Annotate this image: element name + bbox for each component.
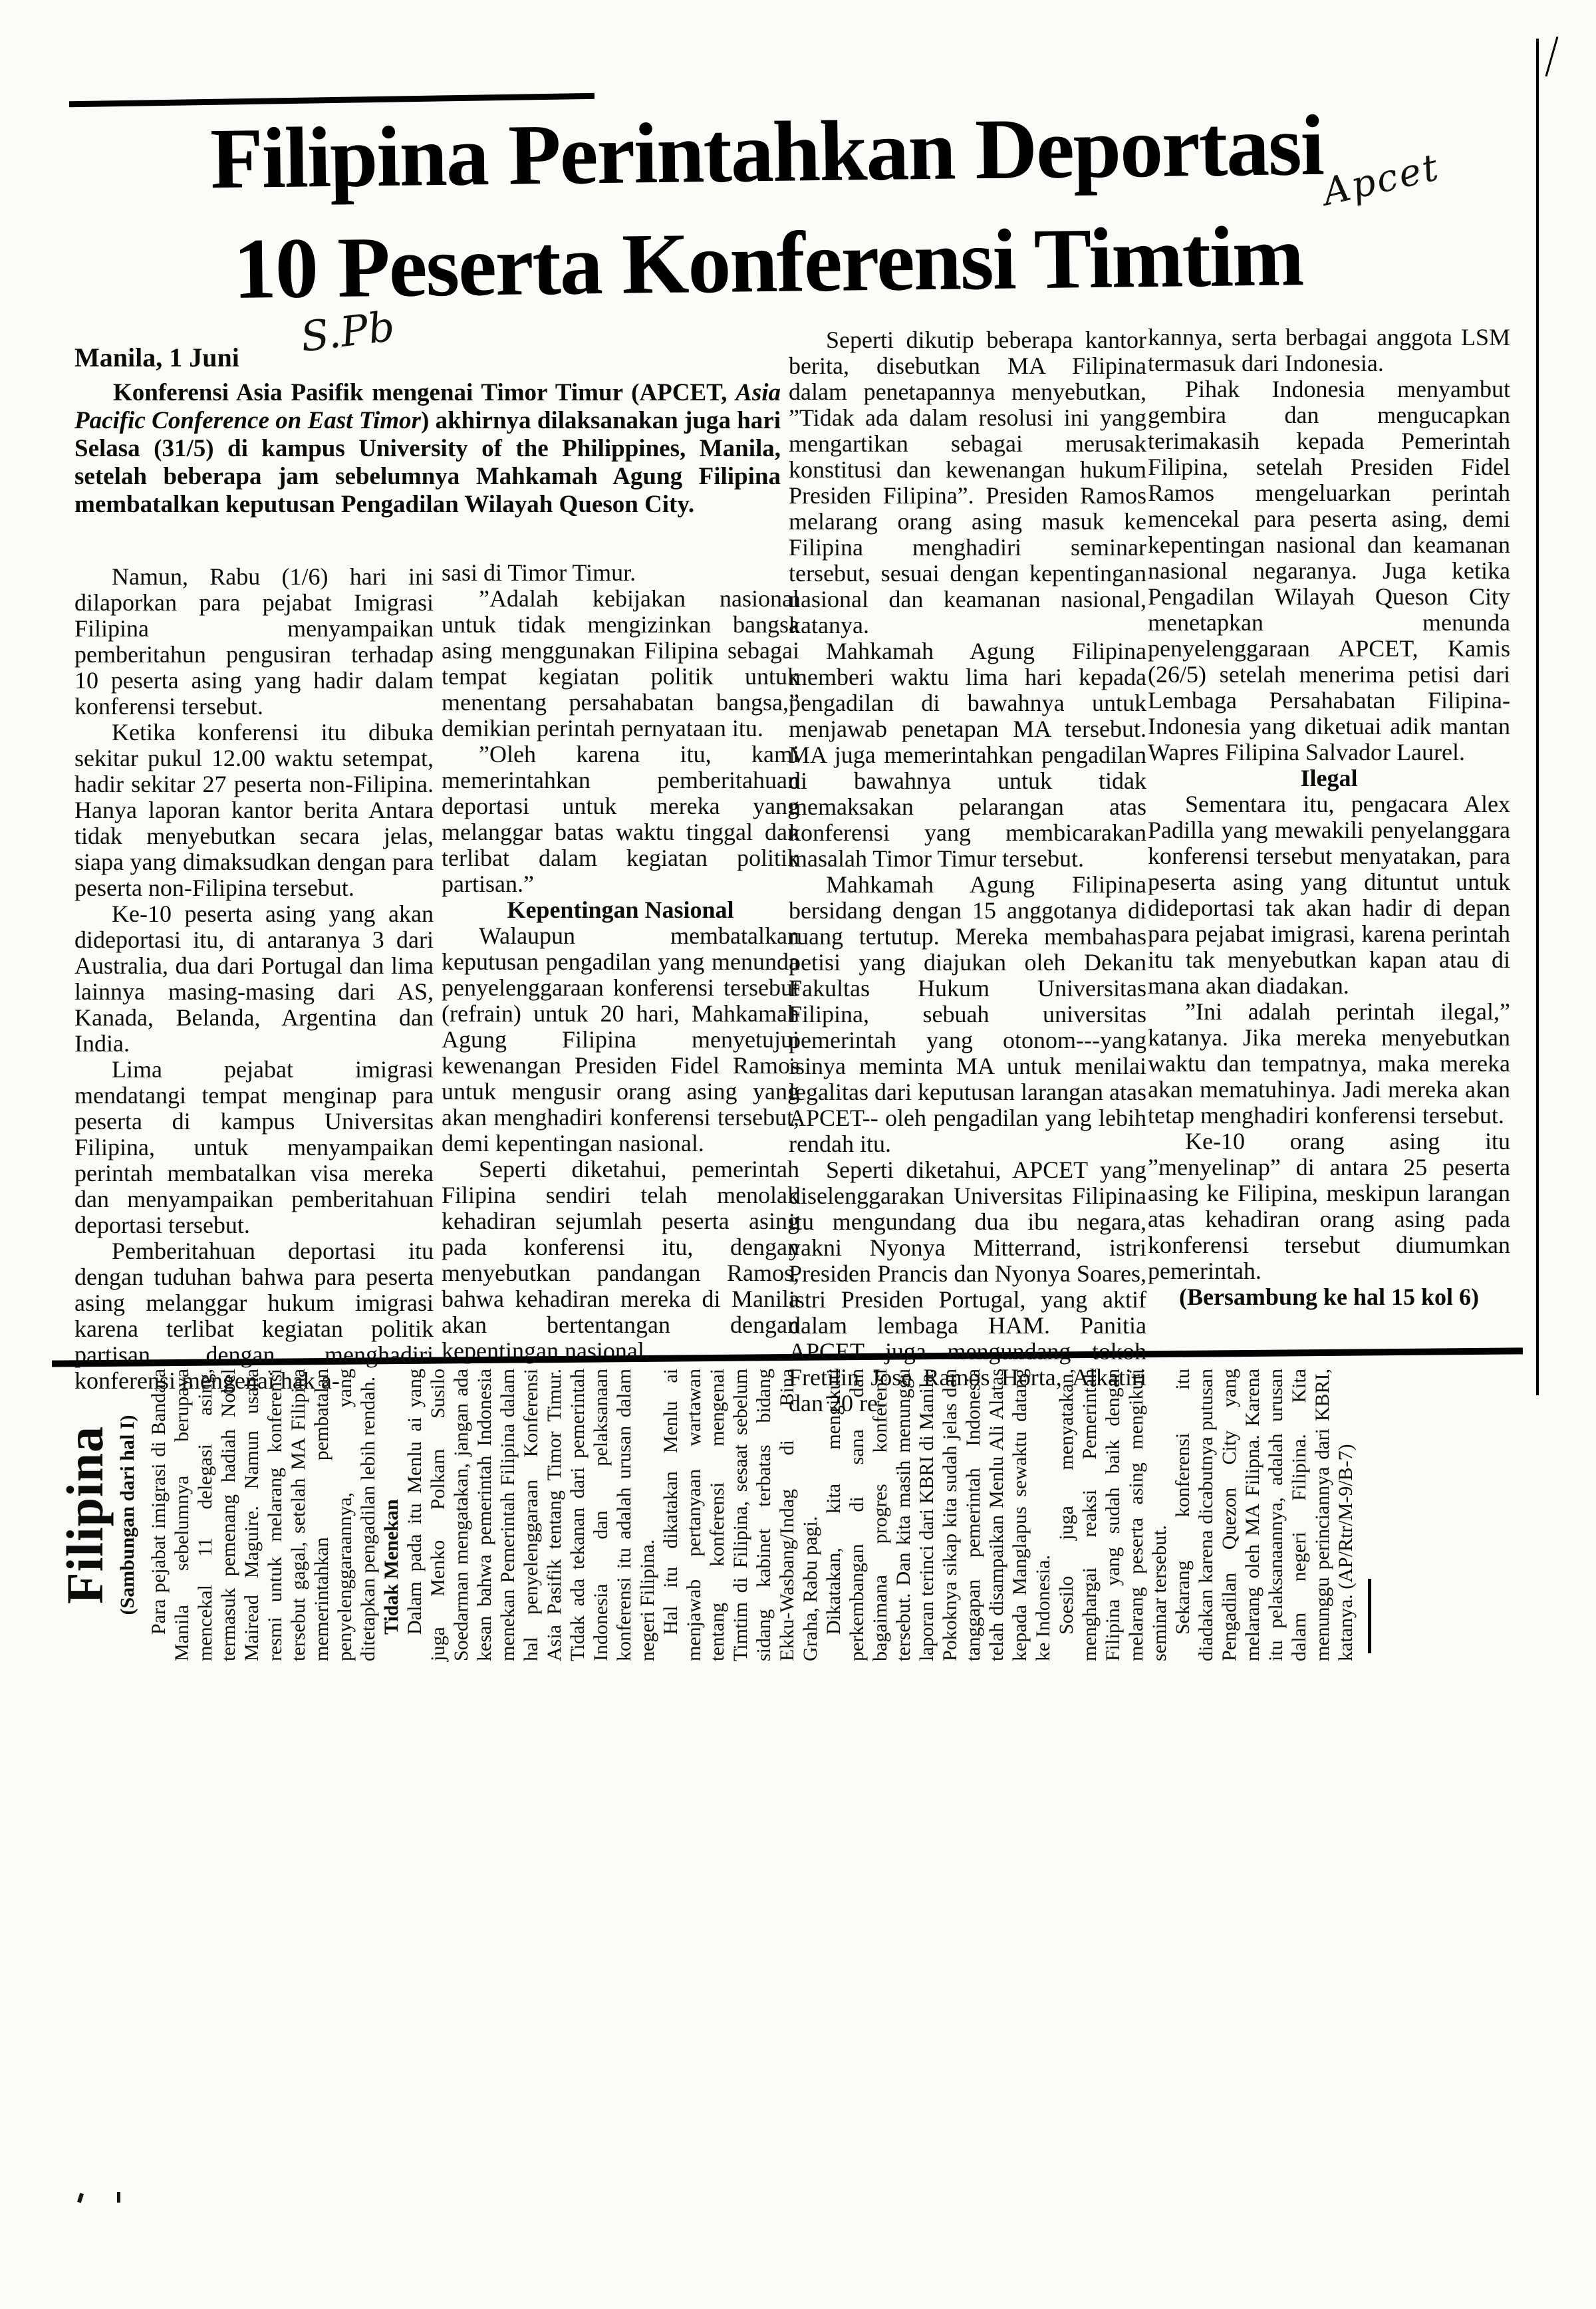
continued-on-note: (Bersambung ke hal 15 kol 6): [1148, 1284, 1510, 1310]
article-paragraph: Ketika konferensi itu dibuka sekitar puk…: [74, 720, 434, 901]
headline-line2: 10 Peserta Konferensi Timtim: [72, 199, 1464, 327]
subhead-ilegal: Ilegal: [1148, 765, 1510, 791]
scan-artifact: [77, 2193, 84, 2203]
continuation-body: Para pejabat imigrasi di Bandara Manila …: [147, 1369, 1371, 1661]
handwritten-spb-annotation: S.Pb: [298, 302, 397, 362]
article-paragraph: Ke-10 orang asing itu ”menyelinap” di an…: [1148, 1129, 1510, 1284]
lead-text-pre: Konferensi Asia Pasifik mengenai Timor T…: [113, 379, 735, 406]
continuation-headline: Filipina: [57, 1369, 114, 1661]
article-paragraph: Sementara itu, pengacara Alex Padilla ya…: [1148, 791, 1510, 999]
article-paragraph: Lima pejabat imigrasi mendatangi tempat …: [74, 1057, 434, 1238]
article-paragraph: Seperti dikutip beberapa kantor berita, …: [789, 327, 1146, 638]
article-paragraph: ”Adalah kebijakan nasional untuk tidak m…: [442, 586, 799, 742]
rotated-continuation-clipping: Filipina (Sambungan dari hal I) Para pej…: [57, 1369, 1436, 1661]
article-paragraph-continued: kannya, serta berbagai anggota LSM terma…: [1148, 325, 1510, 376]
scan-artifact: [1545, 37, 1559, 76]
article-paragraph: Mahkamah Agung Filipina memberi waktu li…: [789, 638, 1146, 872]
dateline: Manila, 1 Juni: [74, 342, 239, 373]
article-paragraph: Dikatakan, kita mengikuti perkembangan d…: [822, 1369, 1055, 1661]
article-paragraph: Namun, Rabu (1/6) hari ini dilaporkan pa…: [74, 564, 434, 720]
article-paragraph: ”Oleh karena itu, kami memerintahkan pem…: [442, 742, 799, 897]
article-paragraph: Sekarang konferensi itu diadakan karena …: [1171, 1369, 1357, 1661]
column-2: sasi di Timor Timur. ”Adalah kebijakan n…: [442, 560, 799, 1364]
continuation-subhead: (Sambungan dari hal I): [116, 1369, 139, 1661]
newspaper-clipping-page: Filipina Perintahkan Deportasi 10 Pesert…: [0, 0, 1596, 2309]
lead-paragraph: Konferensi Asia Pasifik mengenai Timor T…: [74, 379, 781, 519]
article-paragraph: Pihak Indonesia menyambut gembira dan me…: [1148, 376, 1510, 765]
article-paragraph: Mahkamah Agung Filipina bersidang dengan…: [789, 872, 1146, 1157]
scan-artifact: [117, 2192, 120, 2203]
headline: Filipina Perintahkan Deportasi 10 Pesert…: [70, 88, 1464, 327]
column-4: kannya, serta berbagai anggota LSM terma…: [1148, 325, 1510, 1310]
subhead-tidak-menekan: Tidak Menekan: [380, 1369, 403, 1661]
article-paragraph: Seperti diketahui, pemerintah Filipina s…: [442, 1156, 799, 1364]
article-paragraph: Para pejabat imigrasi di Bandara Manila …: [147, 1369, 380, 1661]
article-paragraph: Walaupun membatalkan keputusan pengadila…: [442, 923, 799, 1156]
article-paragraph: ”Ini adalah perintah ilegal,” katanya. J…: [1148, 999, 1510, 1129]
article-paragraph: Hal itu dikatakan Menlu ai menjawab pert…: [659, 1369, 822, 1661]
article-paragraph-continued: sasi di Timor Timur.: [442, 560, 799, 586]
article-paragraph: Ke-10 peserta asing yang akan dideportas…: [74, 901, 434, 1057]
right-edge-line: [1536, 39, 1539, 1395]
column-1: Namun, Rabu (1/6) hari ini dilaporkan pa…: [74, 564, 434, 1394]
subhead-kepentingan-nasional: Kepentingan Nasional: [442, 897, 799, 923]
article-paragraph: Dalam pada itu Menlu ai yang juga Menko …: [403, 1369, 659, 1661]
end-rule: [1368, 1579, 1371, 1653]
article-paragraph: Soesilo juga menyatakan, menghargai reak…: [1055, 1369, 1171, 1661]
rotated-continuation-content: Filipina (Sambungan dari hal I) Para pej…: [57, 1369, 1436, 1661]
headline-line1: Filipina Perintahkan Deportasi: [70, 88, 1463, 216]
column-3: Seperti dikutip beberapa kantor berita, …: [789, 327, 1146, 1417]
